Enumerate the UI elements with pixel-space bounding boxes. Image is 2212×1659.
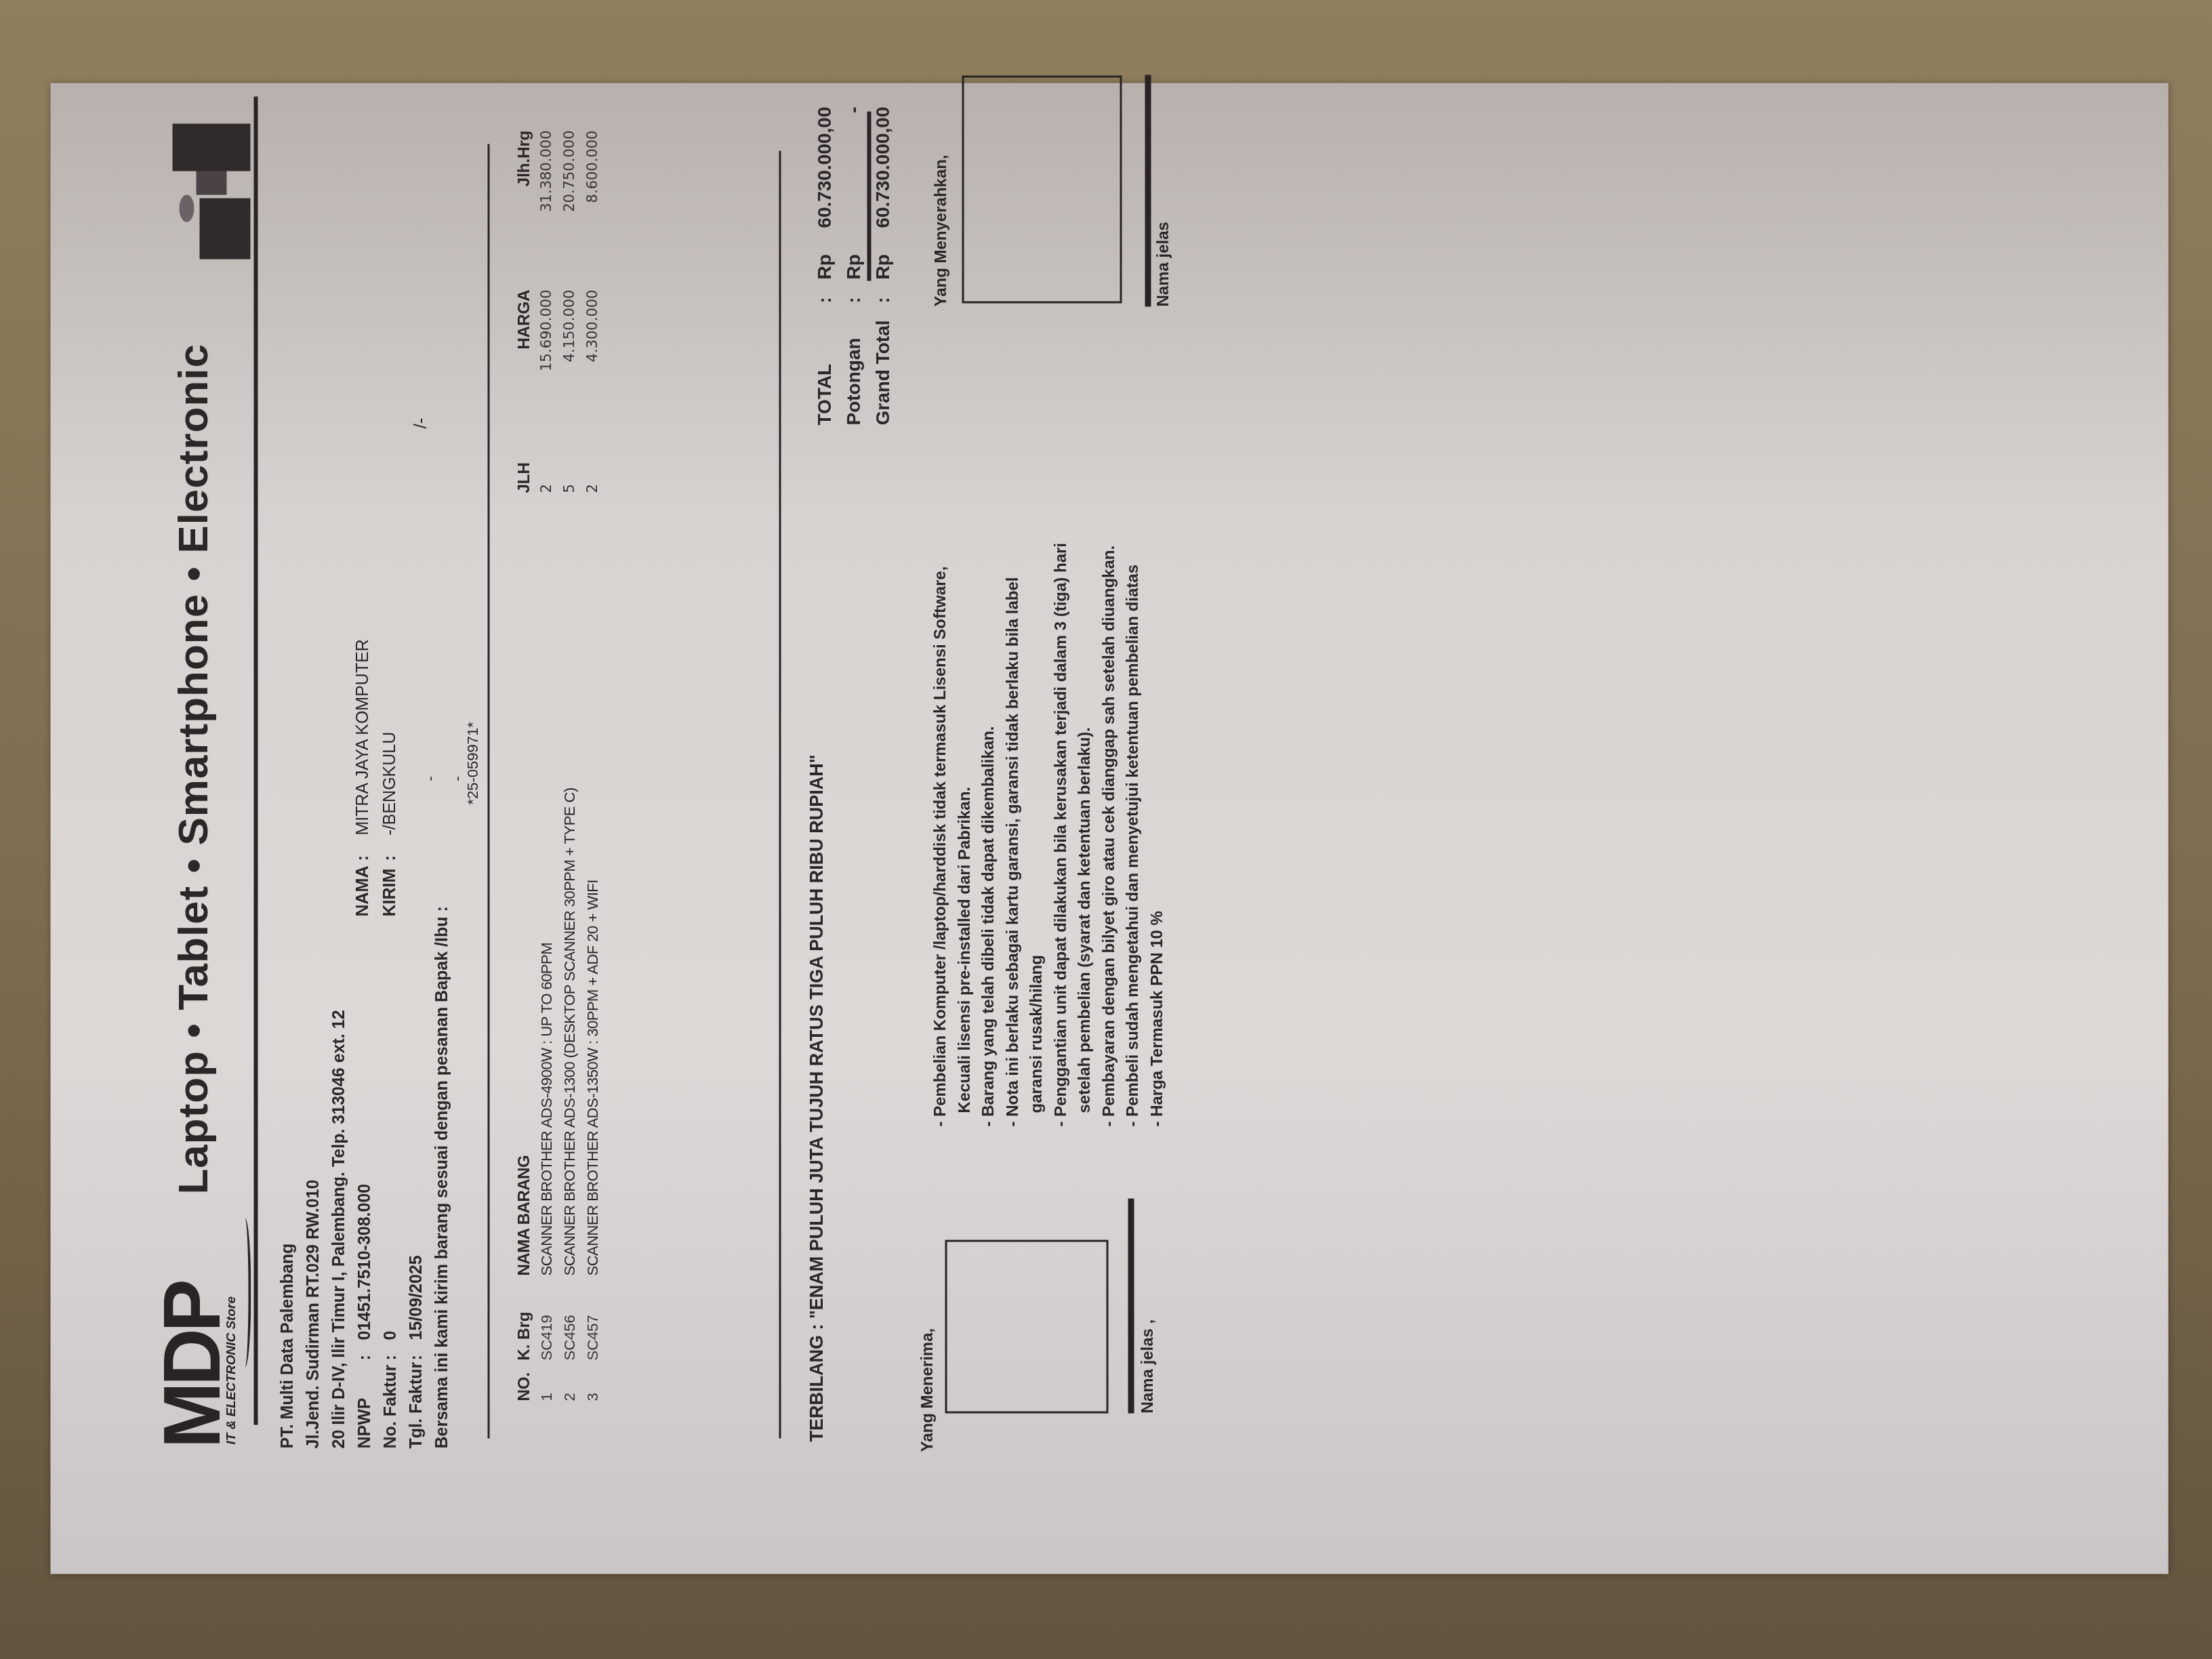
cell-kode: SC457 xyxy=(584,1286,602,1361)
ship-to-colon: : xyxy=(376,836,403,861)
sender-label: Yang Menyerahkan, xyxy=(932,155,951,306)
grand-total-rule xyxy=(867,112,872,281)
blank-marks: - - xyxy=(417,776,471,781)
company-name: PT. Multi Data Palembang xyxy=(274,906,300,1448)
no-faktur-value: 0 xyxy=(381,1331,400,1340)
grand-total-currency: Rp xyxy=(868,239,897,280)
cell-jumlah-harga: 8.600.000 xyxy=(584,131,600,249)
term-item: garansi rusak/hilang xyxy=(1025,543,1049,1127)
table-body: 1 SC419 SCANNER BROTHER ADS-4900W : UP T… xyxy=(538,127,607,1401)
invoice-paper: MDP IT & ELECTRONIC Store Laptop • Table… xyxy=(51,83,2169,1574)
cell-kode: SC419 xyxy=(538,1286,556,1361)
cell-kode: SC456 xyxy=(561,1286,579,1361)
no-faktur-row: No. Faktur:0 xyxy=(377,906,403,1448)
ship-to-row: KIRIM:-/BENGKULU xyxy=(376,639,403,916)
intro-text: Bersama ini kami kirim barang sesuai den… xyxy=(429,906,455,1448)
cell-jumlah-harga: 31.380.000 xyxy=(538,131,554,249)
grand-total-colon: : xyxy=(868,290,897,304)
table-bottom-rule xyxy=(779,151,781,1439)
customer-name-row: NAMA:MITRA JAYA KOMPUTER xyxy=(349,639,376,916)
cell-nama: SCANNER BROTHER ADS-4900W : UP TO 60PPM xyxy=(538,666,556,1276)
product-photo-icon xyxy=(159,124,251,260)
header-divider xyxy=(254,97,258,1425)
discount-label: Potongan xyxy=(839,310,868,426)
discount-colon: : xyxy=(839,290,868,304)
table-top-rule xyxy=(488,144,490,1439)
sender-name-label: Nama jelas xyxy=(1154,222,1173,306)
npwp-colon: : xyxy=(352,1340,377,1361)
cell-harga: 4.300.000 xyxy=(584,290,600,405)
amount-in-words: TERBILANG : "ENAM PULUH JUTA TUJUH RATUS… xyxy=(806,754,827,1441)
logo-swoosh-icon xyxy=(239,1218,251,1368)
col-header-jumlah: JLH xyxy=(515,453,534,493)
cell-harga: 15.690.000 xyxy=(538,290,554,405)
receiver-signature-box xyxy=(945,1240,1109,1414)
store-tagline: Laptop • Tablet • Smartphone • Electroni… xyxy=(169,344,218,1195)
term-item: Kecuali lisensi pre-installed dari Pabri… xyxy=(952,543,977,1127)
total-colon: : xyxy=(810,290,839,304)
customer-info: NAMA:MITRA JAYA KOMPUTER KIRIM:-/BENGKUL… xyxy=(349,639,403,916)
col-header-harga: HARGA xyxy=(515,290,534,405)
company-logo: MDP IT & ELECTRONIC Store xyxy=(152,1354,254,1449)
sender-name-line xyxy=(1145,75,1151,307)
tgl-faktur-colon: : xyxy=(403,1340,429,1361)
slash-mark: /- xyxy=(410,418,431,429)
receiver-name-line xyxy=(1128,1199,1134,1414)
ship-to-value: -/BENGKULU xyxy=(380,732,399,836)
customer-name-label: NAMA xyxy=(349,861,376,917)
term-item: - Pembelian Komputer /laptop/harddisk ti… xyxy=(928,543,953,1127)
table-row: 3 SC457 SCANNER BROTHER ADS-1350W : 30PP… xyxy=(584,127,607,1401)
sender-signature-box xyxy=(962,76,1122,304)
receiver-name-label: Nama jelas , xyxy=(1139,1319,1158,1414)
blank-mark: - xyxy=(417,776,444,781)
receiver-label: Yang Menerima, xyxy=(918,1328,937,1452)
table-header: NO. K. Brg NAMA BARANG JLH HARGA Jlh.Hrg xyxy=(515,127,538,1401)
term-item: setelah pembelian (syarat dan ketentuan … xyxy=(1073,543,1097,1127)
npwp-label: NPWP xyxy=(352,1361,377,1449)
cell-nama: SCANNER BROTHER ADS-1350W : 30PPM + ADF … xyxy=(584,666,602,1276)
cell-jumlah-harga: 20.750.000 xyxy=(561,131,577,249)
col-header-nama: NAMA BARANG xyxy=(515,666,534,1276)
cell-no: 2 xyxy=(561,1374,579,1401)
col-header-kode: K. Brg xyxy=(515,1286,534,1361)
term-item: - Nota ini berlaku sebagai kartu garansi… xyxy=(1000,543,1025,1127)
table-row: 2 SC456 SCANNER BROTHER ADS-1300 (DESKTO… xyxy=(561,127,584,1401)
cell-jumlah: 2 xyxy=(584,453,600,493)
tgl-faktur-label: Tgl. Faktur xyxy=(403,1361,429,1449)
cell-nama: SCANNER BROTHER ADS-1300 (DESKTOP SCANNE… xyxy=(561,666,579,1276)
cell-jumlah: 2 xyxy=(538,453,554,493)
logo-subtitle: IT & ELECTRONIC Store xyxy=(224,1296,239,1445)
invoice-document: MDP IT & ELECTRONIC Store Laptop • Table… xyxy=(51,83,2169,1574)
term-item: - Pembayaran dengan bilyet giro atau cek… xyxy=(1097,543,1121,1127)
items-table: NO. K. Brg NAMA BARANG JLH HARGA Jlh.Hrg… xyxy=(515,127,607,1401)
cell-no: 3 xyxy=(584,1374,602,1401)
reference-code: *25-059971* xyxy=(464,722,482,804)
cell-no: 1 xyxy=(538,1374,556,1401)
total-label: TOTAL xyxy=(810,310,839,426)
term-item: - Penggantian unit dapat dilakukan bila … xyxy=(1048,543,1073,1127)
company-address-line2: 20 Ilir D-IV, Ilir Timur I, Palembang. T… xyxy=(326,906,352,1448)
logo-text: MDP xyxy=(152,1283,232,1448)
cell-harga: 4.150.000 xyxy=(561,290,577,405)
no-faktur-label: No. Faktur xyxy=(377,1361,403,1449)
term-item: - Pembeli sudah mengetahui dan menyetuju… xyxy=(1121,543,1145,1127)
customer-name-colon: : xyxy=(349,836,376,861)
term-item: - Harga Termasuk PPN 10 % xyxy=(1145,543,1169,1127)
col-header-jumlah-harga: Jlh.Hrg xyxy=(515,131,534,249)
npwp-row: NPWP:01451.7510-308.000 xyxy=(352,906,377,1448)
no-faktur-colon: : xyxy=(377,1340,403,1361)
tgl-faktur-row: Tgl. Faktur:15/09/2025 xyxy=(403,906,429,1448)
term-item: - Barang yang telah dibeli tidak dapat d… xyxy=(977,543,1001,1127)
total-currency: Rp xyxy=(810,239,839,280)
tgl-faktur-value: 15/09/2025 xyxy=(407,1255,426,1340)
grand-total-label: Grand Total xyxy=(868,310,897,426)
grand-total-value: 60.730.000,00 xyxy=(868,107,897,243)
company-address-line1: Jl.Jend. Sudirman RT.029 RW.010 xyxy=(300,906,326,1448)
company-info: PT. Multi Data Palembang Jl.Jend. Sudirm… xyxy=(274,906,455,1448)
col-header-no: NO. xyxy=(515,1374,534,1401)
cell-jumlah: 5 xyxy=(561,453,577,493)
ship-to-label: KIRIM xyxy=(376,861,403,917)
discount-value: - xyxy=(839,107,868,243)
customer-name-value: MITRA JAYA KOMPUTER xyxy=(353,639,372,835)
table-row: 1 SC419 SCANNER BROTHER ADS-4900W : UP T… xyxy=(538,127,561,1401)
npwp-value: 01451.7510-308.000 xyxy=(355,1184,374,1340)
total-value: 60.730.000,00 xyxy=(810,107,839,243)
terms-list: - Pembelian Komputer /laptop/harddisk ti… xyxy=(928,543,1169,1127)
discount-currency: Rp xyxy=(839,239,868,280)
